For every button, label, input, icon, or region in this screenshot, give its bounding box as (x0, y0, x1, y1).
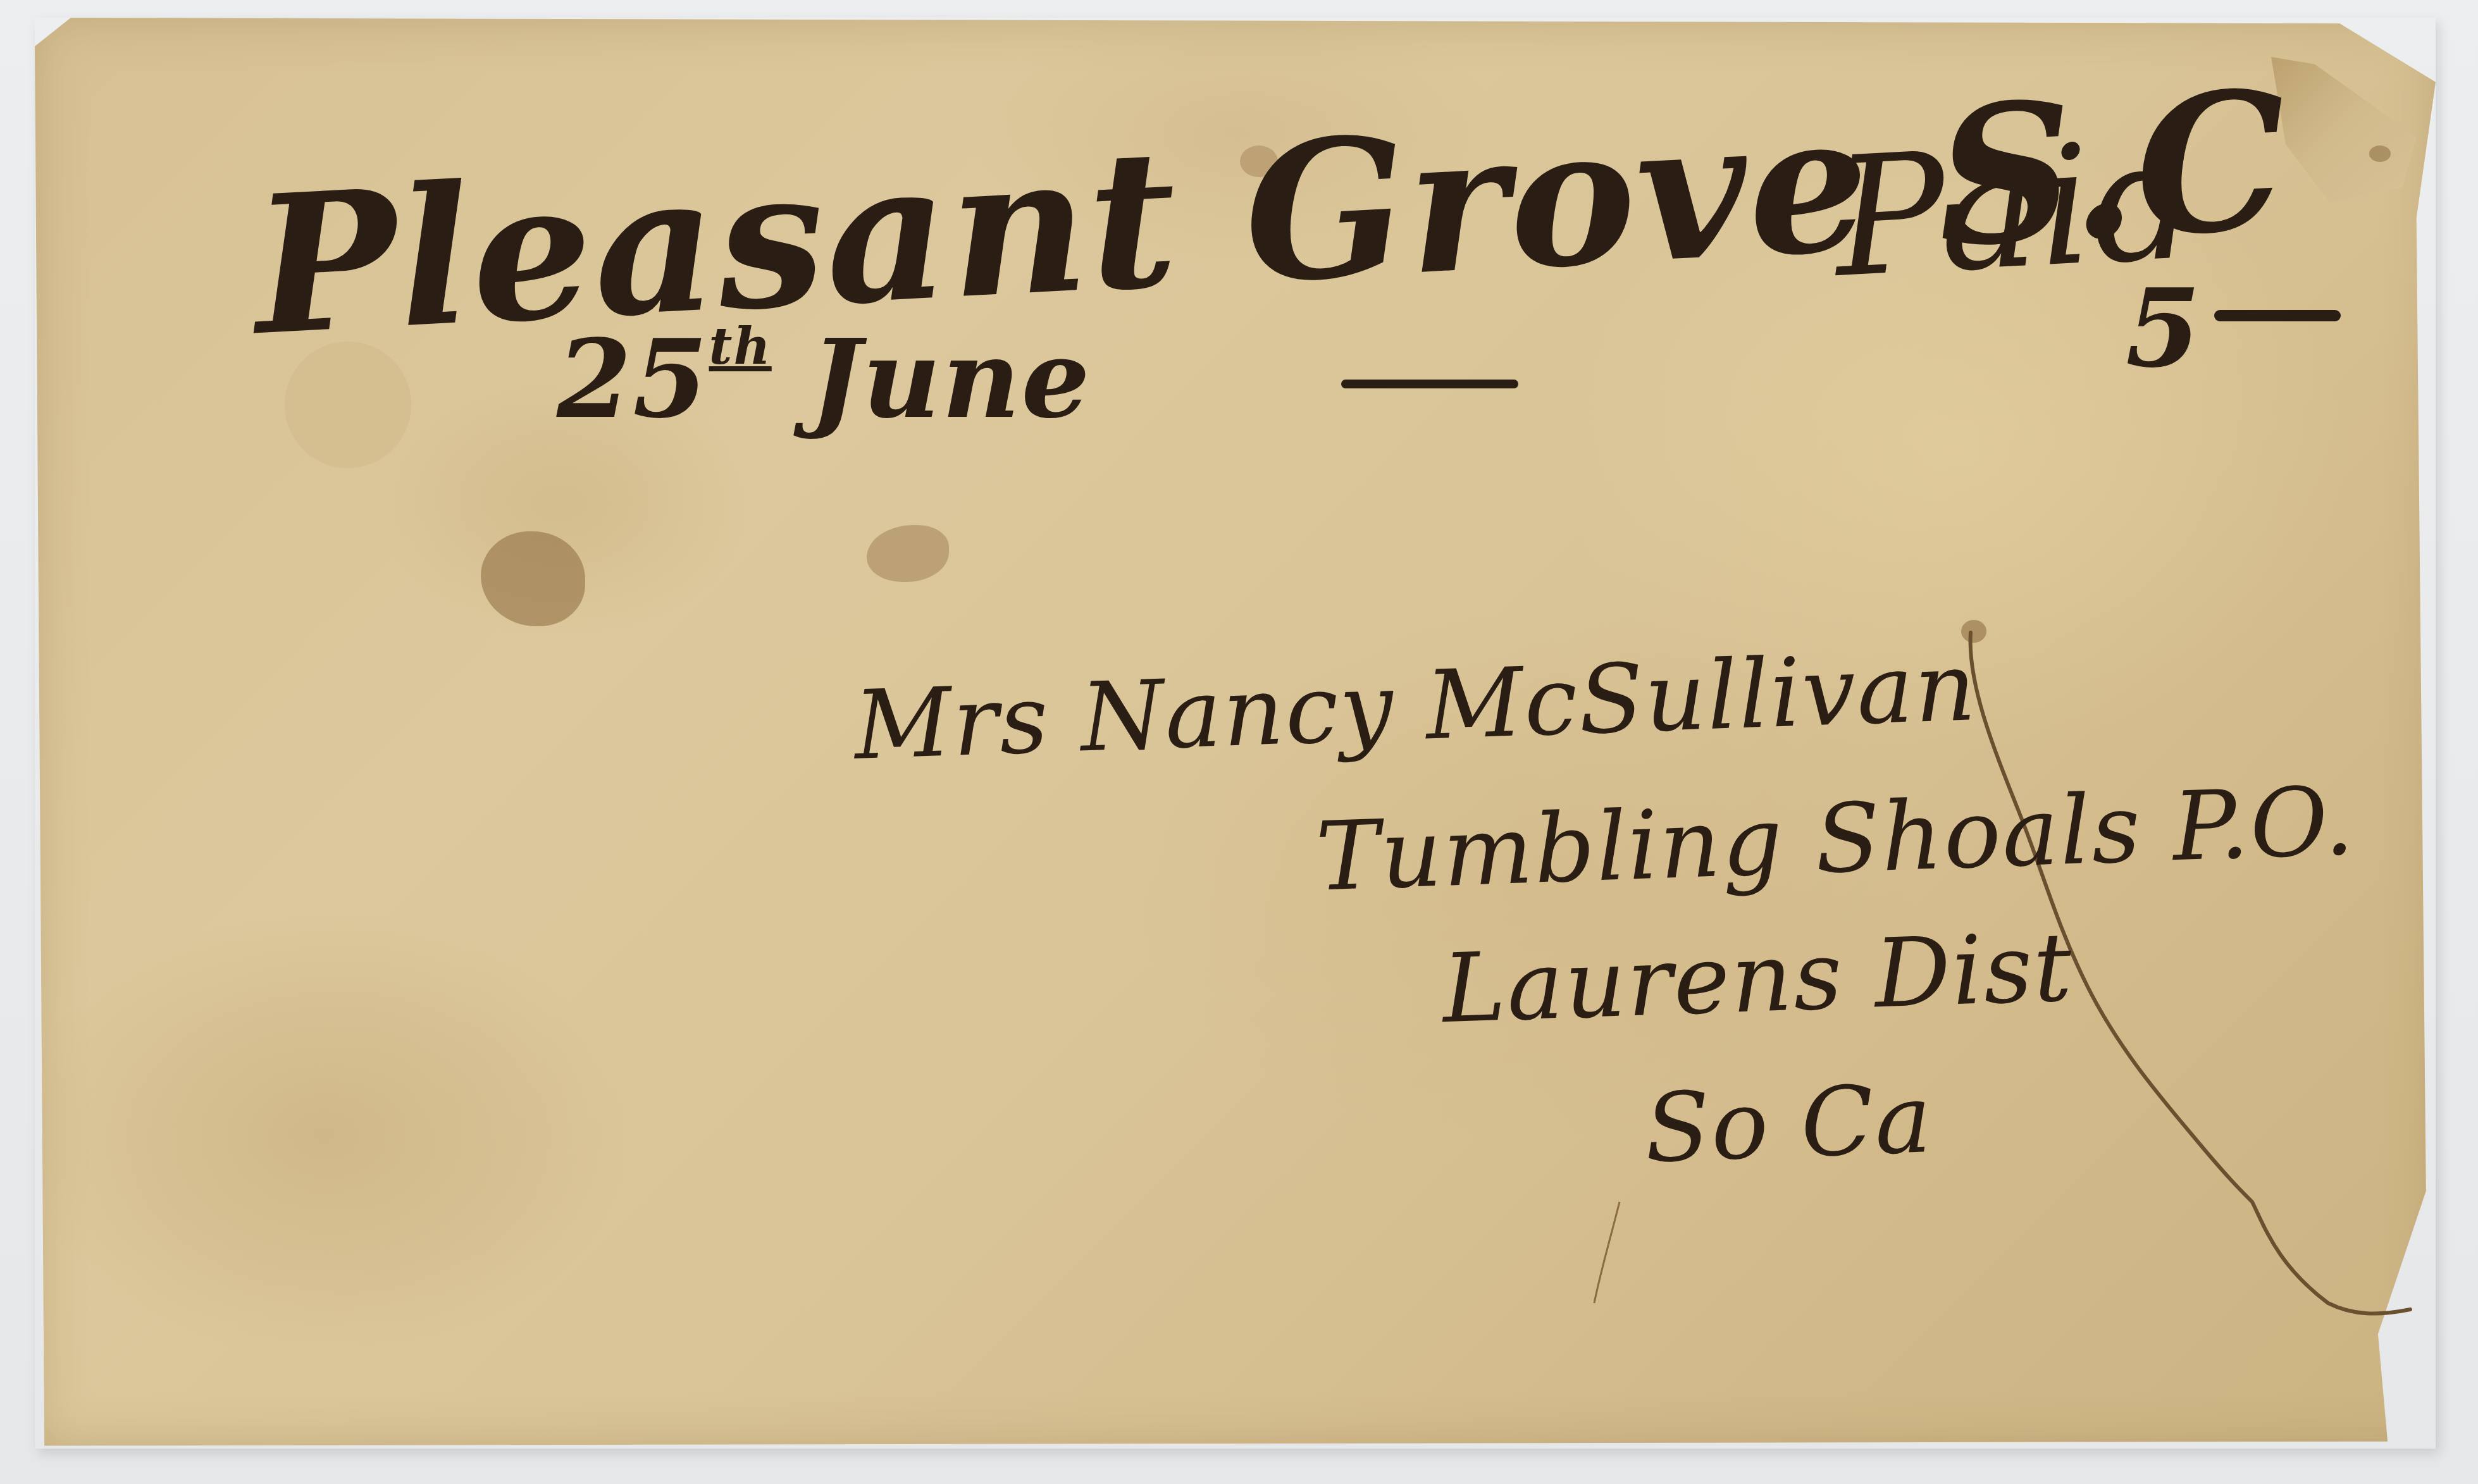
rate-amount: 5 (2126, 266, 2202, 392)
date-suffix: th (709, 316, 772, 376)
rate-underline (2214, 310, 2341, 321)
date-underline (1341, 380, 1518, 388)
address-line-state: So Ca (1643, 1064, 1935, 1184)
date-month: June (810, 316, 1091, 443)
postmark-date: 25th June (557, 316, 1091, 443)
fold-stain-icon (2369, 145, 2391, 162)
date-day: 25 (557, 316, 709, 443)
address-line-district: Laurens Dist (1440, 913, 2074, 1045)
photo-stage: Pleasant Grove S.C 25th June Paid 5 Mrs … (0, 0, 2478, 1484)
